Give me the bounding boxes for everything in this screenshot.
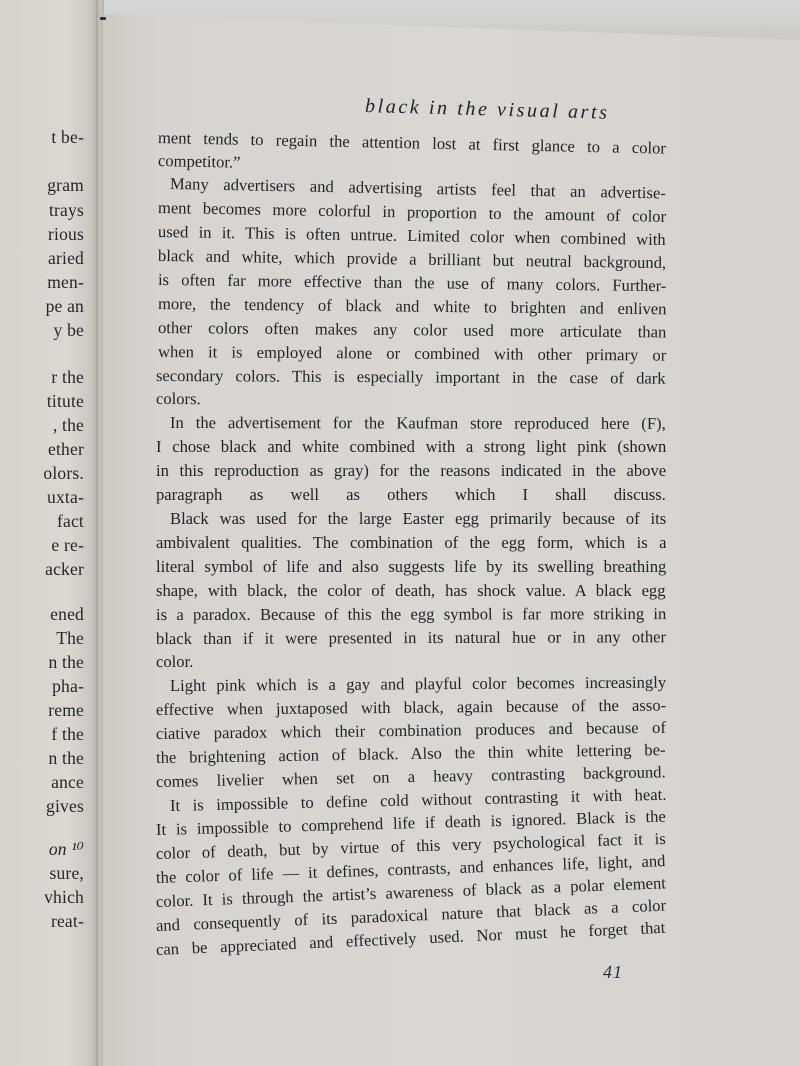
- body-line: ambivalent qualities. The combination of…: [156, 533, 666, 553]
- body-line: Black was used for the large Easter egg …: [170, 509, 666, 529]
- body-line: when it is employed alone or combined wi…: [158, 342, 666, 366]
- body-line: used in it. This is often untrue. Limite…: [158, 222, 666, 250]
- body-line: colors.: [156, 389, 201, 409]
- body-line: literal symbol of life and also suggests…: [156, 557, 666, 577]
- body-line: black than if it were presented in its n…: [156, 627, 666, 649]
- body-line: Light pink which is a gay and playful co…: [170, 673, 666, 696]
- body-line: is a paradox. Because of this the egg sy…: [156, 604, 666, 625]
- body-line: in this reproduction as gray) for the re…: [156, 461, 666, 481]
- body-line: ciative paradox which their combination …: [156, 718, 666, 744]
- body-line: secondary colors. This is especially imp…: [156, 366, 666, 389]
- body-line: paragraph as well as others which I shal…: [156, 485, 666, 505]
- body-line: I chose black and white combined with a …: [156, 437, 666, 457]
- body-line: more, the tendency of black and white to…: [158, 294, 667, 319]
- page-number: 41: [603, 962, 623, 983]
- body-line: other colors often makes any color used …: [158, 318, 666, 342]
- body-line: black and white, which provide a brillia…: [158, 246, 666, 273]
- body-line: color.: [156, 652, 193, 672]
- body-line: shape, with black, the color of death, h…: [156, 581, 666, 601]
- body-line: In the advertisement for the Kaufman sto…: [170, 413, 666, 434]
- body-text: ment tends to regain the attention lost …: [0, 0, 800, 1066]
- body-line: is often far more effective than the use…: [158, 270, 667, 296]
- body-line: effective when juxtaposed with black, ag…: [156, 696, 666, 720]
- body-line: competitor.”: [158, 151, 241, 173]
